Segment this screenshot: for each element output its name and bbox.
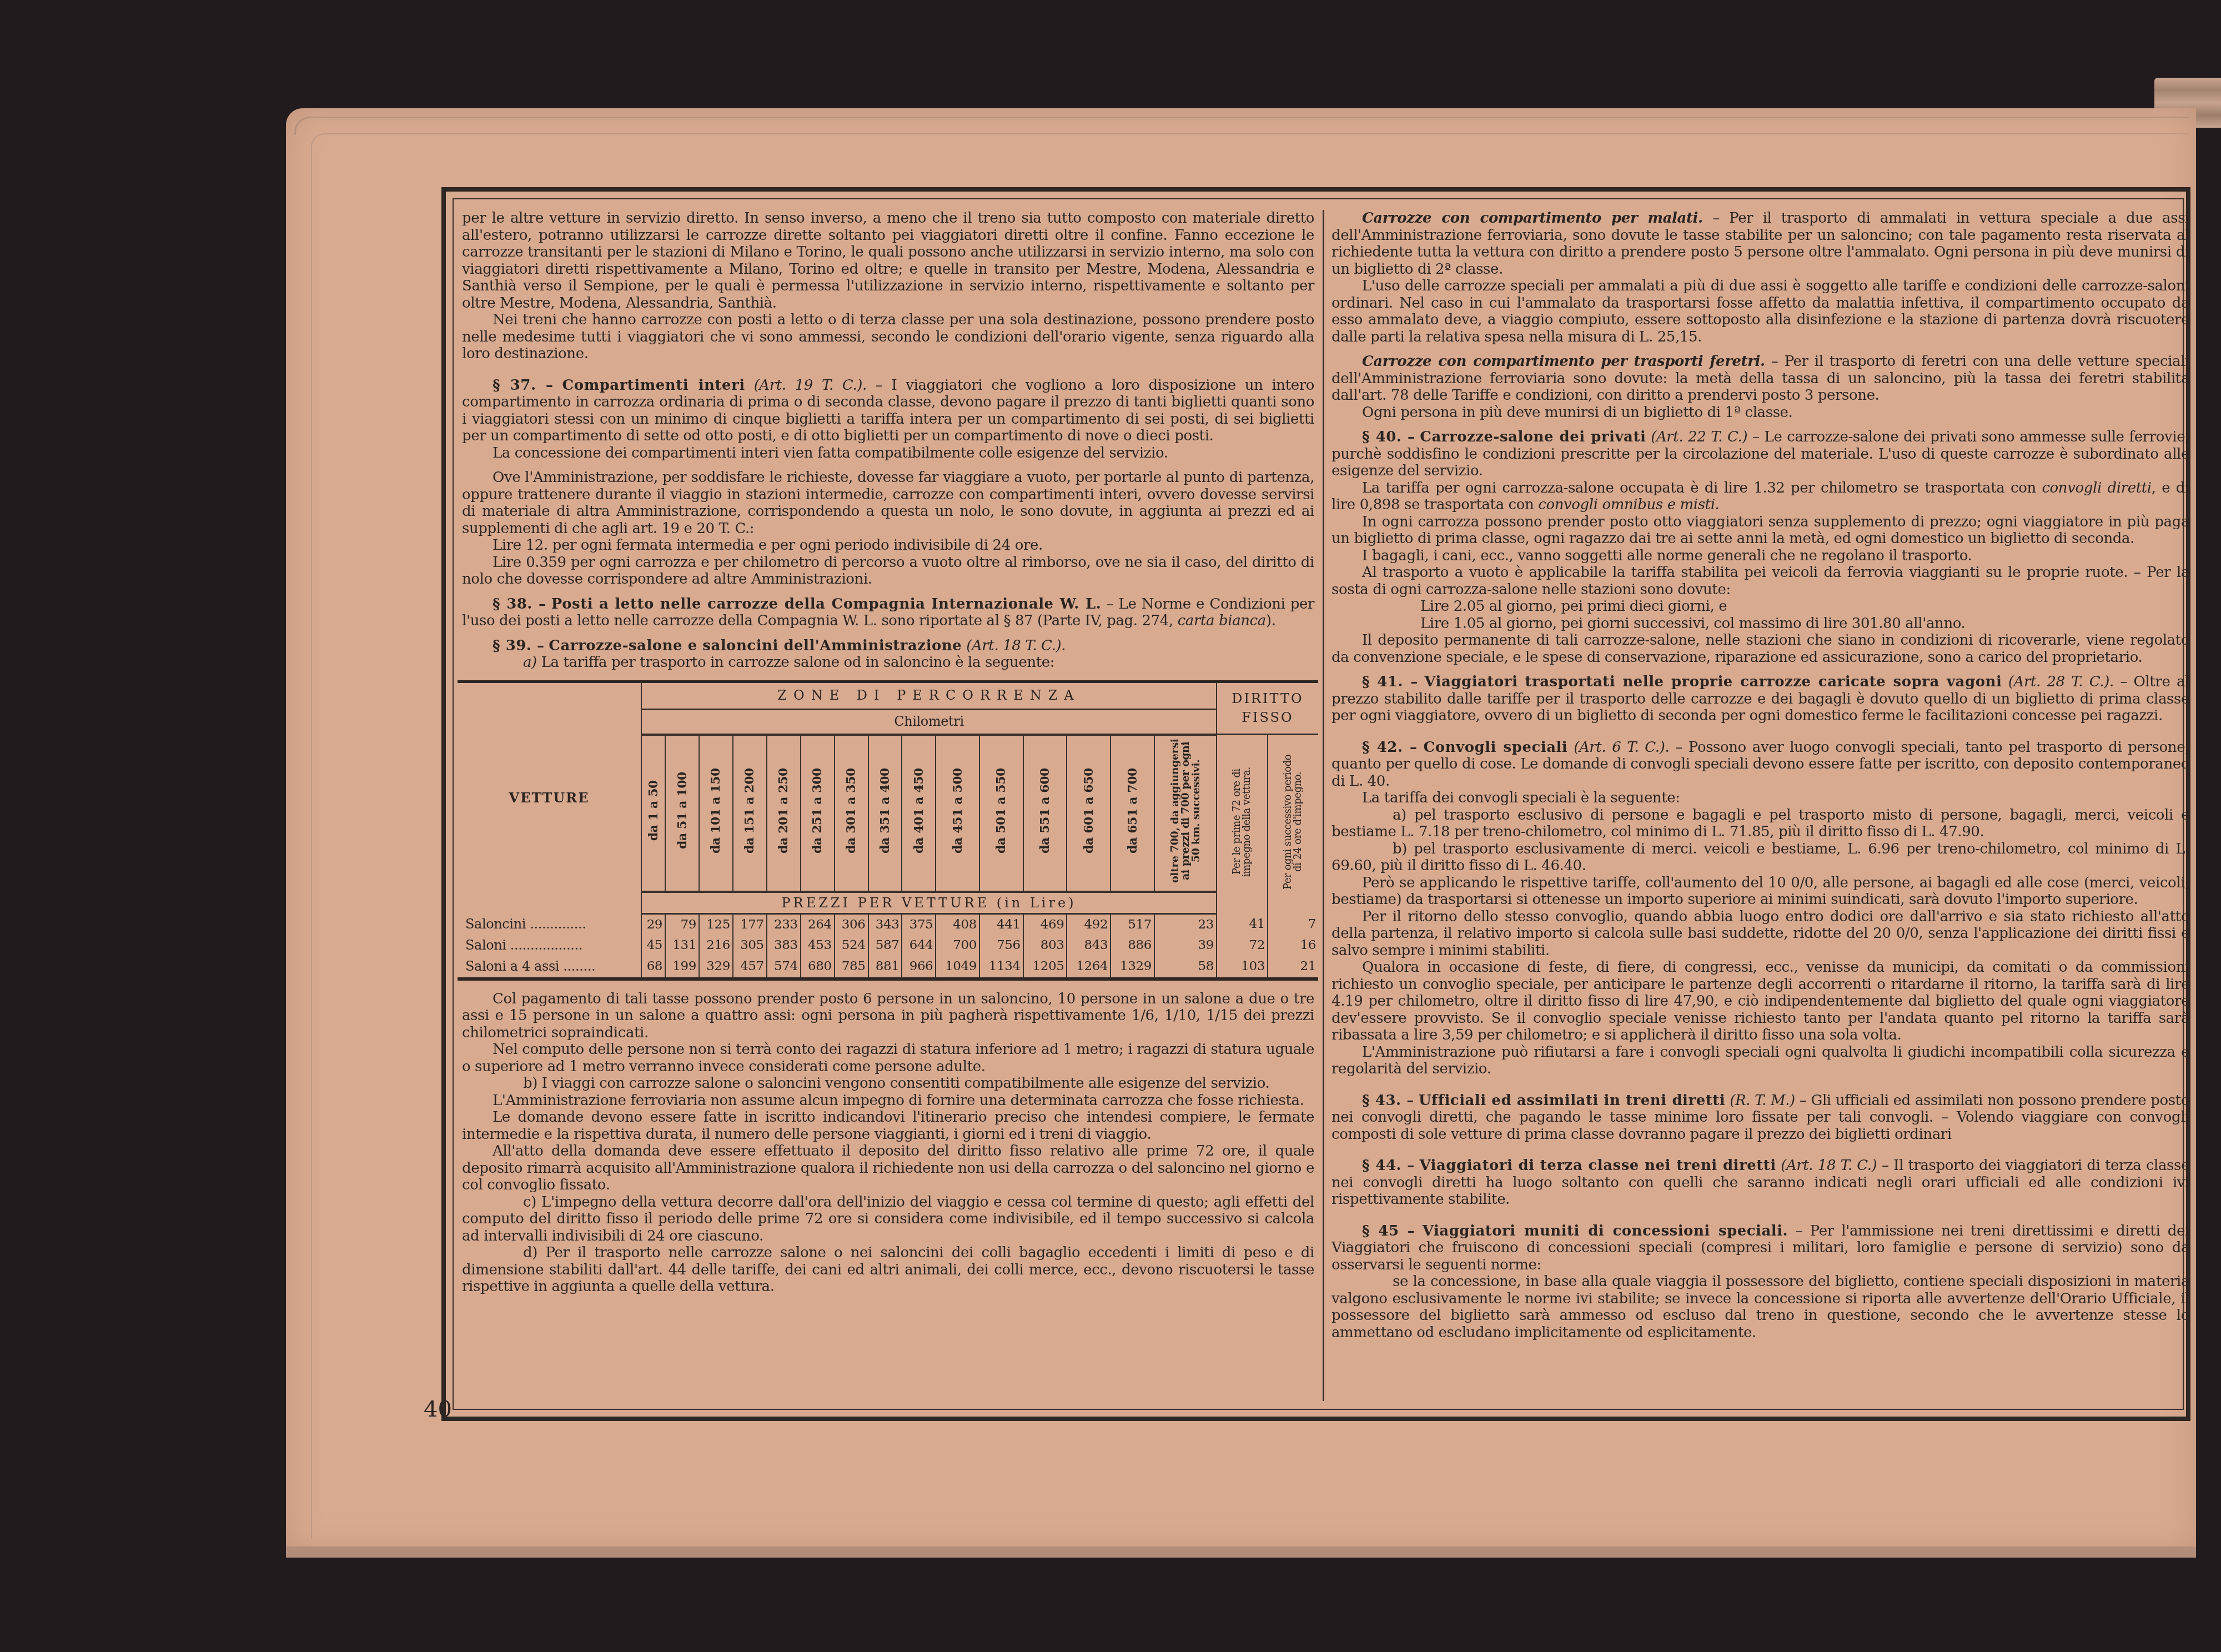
zone-col: da 401 a 450	[902, 735, 936, 892]
paragraph: Lire 12. per ogni fermata intermedia e p…	[462, 537, 1314, 554]
article-ref: (Art. 19 T. C.).	[754, 377, 867, 394]
paragraph: a) pel trasporto esclusivo di persone e …	[1331, 807, 2189, 841]
paragraph: c) L'impegno della vettura decorre dall'…	[462, 1194, 1314, 1245]
paragraph: All'atto della domanda deve essere effet…	[462, 1143, 1314, 1194]
zone-col: da 501 a 550	[979, 735, 1023, 892]
section-38: § 38. – Posti a letto nelle carrozze del…	[462, 596, 1314, 630]
section-40: § 40. – Carrozze-salone dei privati (Art…	[1331, 429, 2189, 480]
paragraph: Le domande devono essere fatte in iscrit…	[462, 1109, 1314, 1143]
header-chilometri: Chilometri	[641, 709, 1217, 735]
header-diritto-fisso: DIRITTO FISSO	[1217, 683, 1318, 735]
paragraph: I bagagli, i cani, ecc., vanno soggetti …	[1331, 548, 2189, 565]
zone-col: da 551 a 600	[1023, 735, 1067, 892]
header-prezzi: PREZZI PER VETTURE (in Lire)	[641, 892, 1217, 914]
section-title: Carrozze-salone dei privati	[1420, 429, 1646, 445]
header-vetture: VETTURE	[458, 683, 641, 914]
paragraph: Al trasporto a vuoto è applicabile la ta…	[1331, 564, 2189, 598]
paragraph: La tariffa dei convogli speciali è la se…	[1331, 790, 2189, 807]
zone-col: da 601 a 650	[1067, 735, 1110, 892]
section-43: § 43. – Ufficiali ed assimilati in treni…	[1331, 1092, 2189, 1143]
section-42: § 42. – Convogli speciali (Art. 6 T. C.)…	[1331, 739, 2189, 790]
section-44: § 44. – Viaggiatori di terza classe nei …	[1331, 1157, 2189, 1208]
column-divider	[1323, 210, 1324, 1401]
paragraph: L'uso delle carrozze speciali per ammala…	[1331, 278, 2189, 345]
paragraph: Nel computo delle persone non si terrà c…	[462, 1041, 1314, 1075]
paragraph: Lire 0.359 per ogni carrozza e per chilo…	[462, 554, 1314, 588]
paragraph: se la concessione, in base alla quale vi…	[1331, 1273, 2189, 1341]
paragraph: In ogni carrozza possono prender posto o…	[1331, 514, 2189, 548]
zone-col: da 101 a 150	[699, 735, 733, 892]
paragraph: Per il ritorno dello stesso convoglio, q…	[1331, 908, 2189, 960]
paragraph: a) La tariffa per trasporto in carrozze …	[462, 654, 1314, 671]
zone-col: da 151 a 200	[733, 735, 767, 892]
paragraph: Nei treni che hanno carrozze con posti a…	[462, 312, 1314, 363]
paragraph: Qualora in occasione di feste, di fiere,…	[1331, 959, 2189, 1044]
page-stack-lines	[294, 117, 2189, 135]
zone-col: da 451 a 500	[936, 735, 979, 892]
zone-col: da 51 a 100	[665, 735, 699, 892]
paragraph: Ogni persona in più deve munirsi di un b…	[1331, 404, 2189, 421]
page-bottom-edge	[286, 1546, 2196, 1558]
section-title: Ufficiali ed assimilati in treni diretti	[1419, 1092, 1725, 1109]
table-row: Saloni .................. 45 131 216 305…	[458, 935, 1318, 956]
section-title: Viaggiatori trasportati nelle proprie ca…	[1424, 674, 2002, 690]
paragraph: Ove l'Amministrazione, per soddisfare le…	[462, 469, 1314, 537]
zone-col-oltre: oltre 700, da aggiungersi ai prezzi di 7…	[1154, 735, 1217, 892]
subsection-title: Carrozze con compartimento per malati.	[1362, 210, 1703, 227]
zone-col: da 651 a 700	[1110, 735, 1154, 892]
zone-col: da 351 a 400	[868, 735, 902, 892]
table-row: Saloncini .............. 29 79 125 177 2…	[458, 914, 1318, 935]
subsection-title: Carrozze con compartimento per trasporti…	[1362, 353, 1765, 370]
section-title: Carrozze-salone e saloncini dell'Amminis…	[549, 637, 962, 654]
section-title: Convogli speciali	[1424, 739, 1568, 756]
fisso-col-24: Per ogni successivo periodo di 24 ore d'…	[1268, 735, 1318, 914]
section-title: Viaggiatori muniti di concessioni specia…	[1423, 1223, 1788, 1239]
section-39: § 39. – Carrozze-salone e saloncini dell…	[462, 637, 1314, 655]
left-column: per le altre vetture in servizio diretto…	[462, 210, 1314, 1296]
section-41: § 41. – Viaggiatori trasportati nelle pr…	[1331, 674, 2189, 725]
paragraph: La concessione dei compartimenti interi …	[462, 445, 1314, 462]
section-title: Posti a letto nelle carrozze della Compa…	[551, 596, 1101, 612]
paragraph: Col pagamento di tali tasse possono pren…	[462, 991, 1314, 1042]
section-37: § 37. – Compartimenti interi (Art. 19 T.…	[462, 377, 1314, 445]
page-number: 40	[424, 1397, 452, 1422]
paragraph: Lire 2.05 al giorno, pei primi dieci gio…	[1331, 598, 2189, 615]
paragraph: d) Per il trasporto nelle carrozze salon…	[462, 1244, 1314, 1296]
paragraph: Lire 1.05 al giorno, pei giorni successi…	[1331, 615, 2189, 632]
paragraph: L'Amministrazione ferroviaria non assume…	[462, 1092, 1314, 1109]
zone-col: da 251 a 300	[801, 735, 835, 892]
paragraph: La tariffa per ogni carrozza-salone occu…	[1331, 480, 2189, 514]
section-title: Compartimenti interi	[562, 377, 745, 394]
zone-col: da 301 a 350	[835, 735, 868, 892]
article-ref: (Art. 18 T. C.).	[966, 637, 1066, 654]
section-45: § 45 – Viaggiatori muniti di concessioni…	[1331, 1223, 2189, 1274]
header-zone: ZONE DI PERCORRENZA	[641, 683, 1217, 710]
table-row: Saloni a 4 assi ........ 68 199 329 457 …	[458, 956, 1318, 979]
paragraph: Il deposito permanente di tali carrozze-…	[1331, 632, 2189, 666]
section-title: Viaggiatori di terza classe nei treni di…	[1419, 1157, 1776, 1174]
subsection-malati: Carrozze con compartimento per malati. –…	[1331, 210, 2189, 278]
paragraph: L'Amministrazione può rifiutarsi a fare …	[1331, 1044, 2189, 1078]
section-number: § 37. –	[493, 377, 554, 394]
zone-col: da 201 a 250	[767, 735, 801, 892]
fisso-col-72: Per le prime 72 ore di impegno della vet…	[1217, 735, 1268, 914]
right-column: Carrozze con compartimento per malati. –…	[1331, 210, 2189, 1341]
tariff-table: VETTURE ZONE DI PERCORRENZA DIRITTO FISS…	[458, 680, 1318, 981]
paragraph: per le altre vetture in servizio diretto…	[462, 210, 1314, 312]
paragraph: b) pel trasporto esclusivamente di merci…	[1331, 841, 2189, 875]
paragraph: b) I viaggi con carrozze salone o salonc…	[462, 1075, 1314, 1092]
section-number: § 39. –	[493, 637, 544, 654]
paragraph: Però se applicando le rispettive tariffe…	[1331, 875, 2189, 908]
section-number: § 38. –	[493, 596, 546, 612]
subsection-feretri: Carrozze con compartimento per trasporti…	[1331, 353, 2189, 404]
zone-col: da 1 a 50	[641, 735, 665, 892]
